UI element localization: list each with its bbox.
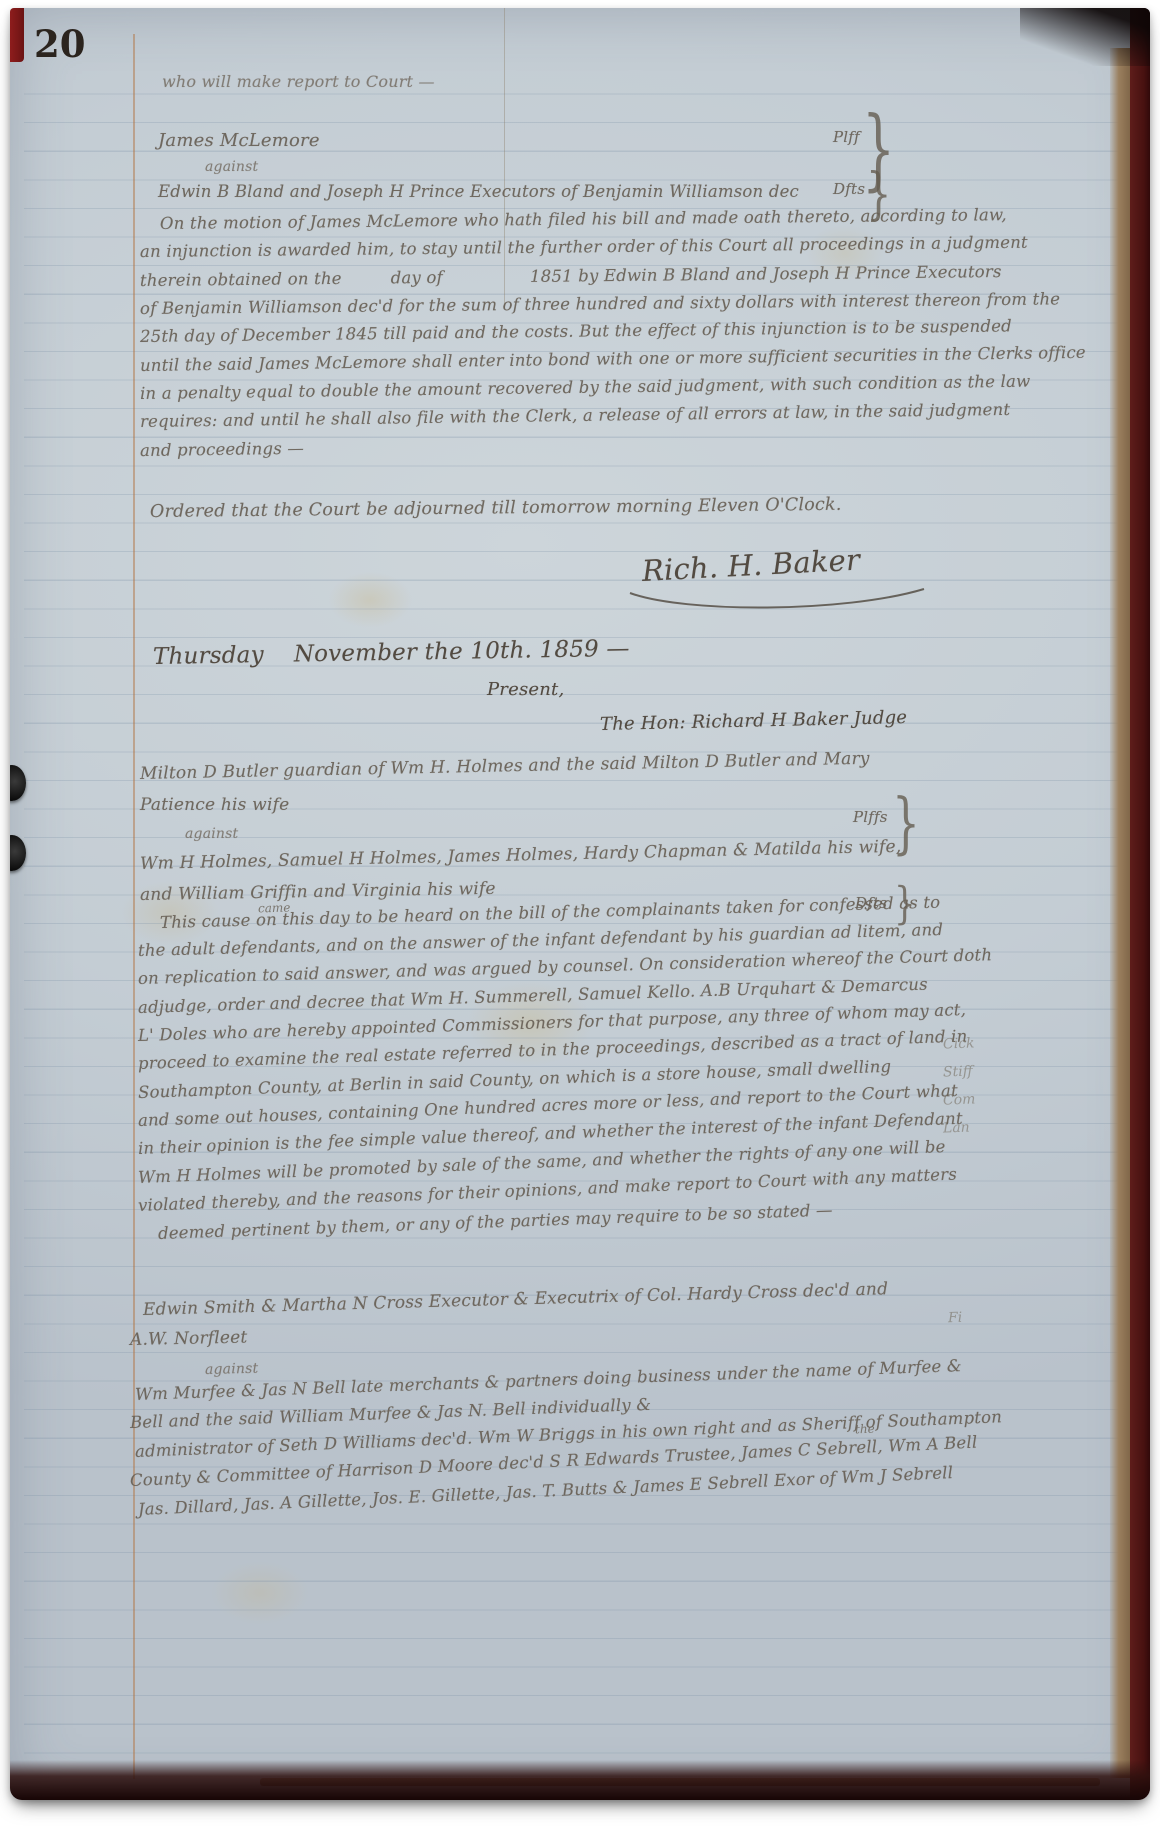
margin-fragment: Cick: [943, 1035, 975, 1052]
book-cover-edge: [1130, 8, 1150, 1800]
against-label: against: [205, 159, 258, 175]
margin-fragment: Fi: [948, 1310, 963, 1326]
signature-flourish: [624, 583, 934, 617]
plaintiff-names: Patience his wife: [140, 795, 289, 815]
present-label: Present,: [487, 679, 564, 700]
book-spine-corner: [10, 8, 24, 62]
plaintiff-label: Plffs: [853, 808, 888, 826]
page-stack-edge: [1110, 48, 1132, 1778]
bottom-cover-shadow: [10, 1760, 1150, 1800]
page-number: 20: [34, 22, 86, 66]
margin-fragment: Com: [943, 1091, 976, 1108]
paper-crease: [504, 8, 505, 308]
intro-line: who will make report to Court —: [162, 72, 435, 91]
body-line: and proceedings —: [140, 439, 304, 460]
corner-shadow: [1020, 8, 1150, 66]
ledger-photo-frame: 20 who will make report to Court — James…: [0, 0, 1160, 1830]
plaintiff-names: A.W. Norfleet: [130, 1328, 248, 1350]
against-label: against: [205, 1361, 259, 1378]
margin-rule-line: [133, 34, 135, 1779]
defendant-names: Edwin B Bland and Joseph H Prince Execut…: [158, 182, 799, 201]
against-label: against: [185, 826, 238, 842]
margin-fragment: Stiff: [943, 1063, 973, 1080]
margin-fragment: Lan: [943, 1120, 970, 1137]
plaintiff-label: Plff: [833, 128, 860, 146]
defendant-label: Dfts: [833, 180, 865, 198]
plaintiff-name: James McLemore: [158, 130, 320, 151]
ledger-page: 20 who will make report to Court — James…: [10, 8, 1150, 1800]
